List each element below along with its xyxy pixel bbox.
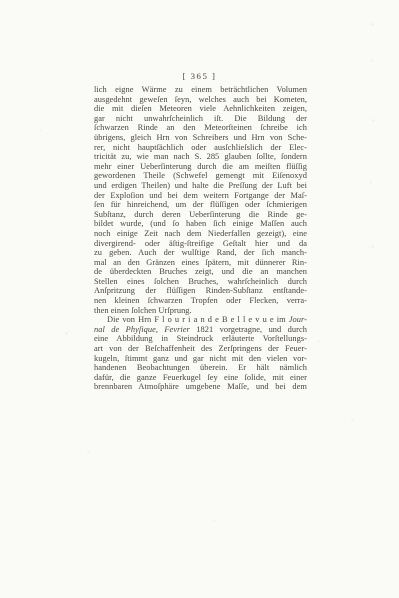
text-line: art von der Beſchaffenheit des Zerſpring… — [94, 344, 307, 354]
text-line: gar nicht unwahrſcheinlich iſt. Die Bild… — [94, 114, 307, 124]
text-line: divergirend- oder äſtig-ſtreifige Geſtal… — [94, 239, 307, 249]
text-line: mal an den Gränzen eines ſpätern, mit dü… — [94, 258, 307, 268]
text-line: der Exploſion und bei dem weitern Fortga… — [94, 191, 307, 201]
text-line: lich eigne Wärme zu einem beträchtlichen… — [94, 85, 307, 95]
text-line: Anſpritzung der flüſſigen Rinden-Subſtan… — [94, 286, 307, 296]
page-number: [ 365 ] — [0, 71, 399, 81]
text-block: lich eigne Wärme zu einem beträchtlichen… — [94, 85, 307, 392]
text-line: die mit dieſen Meteoren viele Aehnlichke… — [94, 104, 307, 114]
text-line: eine Abbildung in Steindruck erläuterte … — [94, 334, 307, 344]
text-line: kugeln, ſtimmt ganz und gar nicht mit de… — [94, 354, 307, 364]
text-line: ausgedehnt geweſen ſeyn, welches auch be… — [94, 95, 307, 105]
text-line: gewordenen Theile (Schwefel gemengt mit … — [94, 171, 307, 181]
scan-noise — [0, 0, 1, 1]
text-line: handenen Beobachtungen überein. Er hält … — [94, 363, 307, 373]
text-line: de überdeckten Bruches zeigt, und die an… — [94, 267, 307, 277]
text-line: Stellen eines ſolchen Bruches, wahrſchei… — [94, 277, 307, 287]
text-line: mehr einer Ueberſinterung durch die am m… — [94, 162, 307, 172]
text-line: bildet wurde, (und ſo haben ſich einige … — [94, 219, 307, 229]
scanned-page: [ 365 ] lich eigne Wärme zu einem beträc… — [0, 0, 399, 598]
text-line: übrigens, gleich Hrn von Schreibers und … — [94, 133, 307, 143]
text-line: noch einige Zeit nach dem Niederfallen g… — [94, 229, 307, 239]
text-line: ſen für hinreichend, um der flüſſigen od… — [94, 200, 307, 210]
text-line: Subſtanz, durch deren Ueberſinterung die… — [94, 210, 307, 220]
text-line: nal de Phyſique, Fevrier 1821 vorgetragn… — [94, 325, 307, 335]
text-line: tricität zu, wie man nach S. 285 glauben… — [94, 152, 307, 162]
text-line: brennbaren Atmoſphäre umgebene Maſſe, un… — [94, 382, 307, 392]
text-line: ſchwarzen Rinde an den Meteorſteinen ſch… — [94, 123, 307, 133]
text-line: und erdigen Theilen) und halte die Preſſ… — [94, 181, 307, 191]
text-line: dafür, die ganze Feuerkugel ſey eine ſol… — [94, 373, 307, 383]
text-line: nen kleinen ſchwarzen Tropfen oder Fleck… — [94, 296, 307, 306]
text-line: rer, nicht hauptſächlich oder ausſchlieſ… — [94, 143, 307, 153]
text-line: zu geben. Auch der wulſtige Rand, der ſi… — [94, 248, 307, 258]
text-line: then einen ſolchen Urſprung. — [94, 306, 307, 316]
text-line: Die von Hrn F l o u r i a n d e B e l l … — [94, 315, 307, 325]
